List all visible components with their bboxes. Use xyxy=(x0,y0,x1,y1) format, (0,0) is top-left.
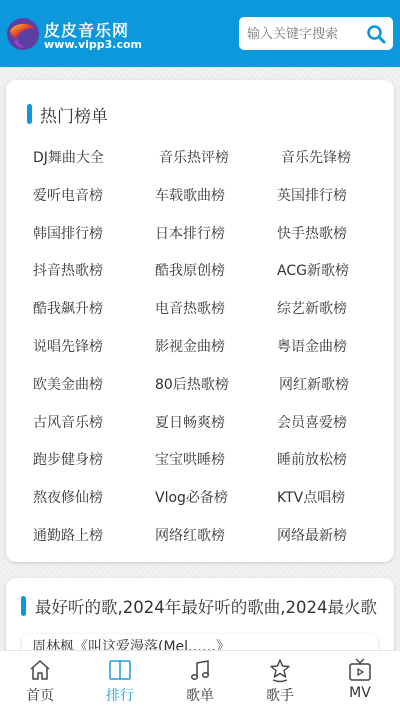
chart-link[interactable]: 80后热歌榜 xyxy=(155,367,277,405)
book-icon xyxy=(107,657,133,683)
chart-link[interactable]: 酷我原创榜 xyxy=(155,253,277,291)
chart-link[interactable]: 网红新歌榜 xyxy=(277,367,383,405)
chart-link[interactable]: 粤语金曲榜 xyxy=(277,329,383,367)
chart-link[interactable]: 夏日畅爽榜 xyxy=(155,405,277,443)
chart-link[interactable]: 爱听电音榜 xyxy=(33,178,155,216)
chart-link[interactable]: 英国排行榜 xyxy=(277,178,383,216)
chart-link[interactable]: 抖音热歌榜 xyxy=(33,253,155,291)
hot-charts-card: 热门榜单 DJ舞曲大全 音乐热评榜 音乐先锋榜 爱听电音榜 车载歌曲榜 英国排行… xyxy=(6,80,394,562)
search-input[interactable] xyxy=(247,24,357,44)
chart-link[interactable]: 音乐先锋榜 xyxy=(277,140,383,178)
bottom-tabbar: 首页 排行 歌单 歌手 MV xyxy=(0,650,400,711)
chart-link[interactable]: 音乐热评榜 xyxy=(155,140,277,178)
chart-link[interactable]: 通勤路上榜 xyxy=(33,518,155,556)
site-url: www.vipp3.com xyxy=(44,38,142,51)
tab-label: 歌单 xyxy=(186,685,214,705)
chart-link[interactable]: 快手热歌榜 xyxy=(277,216,383,254)
music-note-icon xyxy=(187,657,213,683)
tab-label: MV xyxy=(349,685,371,701)
chart-link[interactable]: 古风音乐榜 xyxy=(33,405,155,443)
tab-label: 首页 xyxy=(26,685,54,705)
chart-link[interactable]: 日本排行榜 xyxy=(155,216,277,254)
tab-mv[interactable]: MV xyxy=(320,651,400,711)
search-box xyxy=(239,17,393,50)
chart-link[interactable]: 睡前放松榜 xyxy=(277,442,383,480)
chart-link[interactable]: 影视金曲榜 xyxy=(155,329,277,367)
chart-link[interactable]: ACG新歌榜 xyxy=(277,253,383,291)
chart-list: DJ舞曲大全 音乐热评榜 音乐先锋榜 爱听电音榜 车载歌曲榜 英国排行榜 韩国排… xyxy=(33,140,383,556)
chart-link[interactable]: 电音热歌榜 xyxy=(155,291,277,329)
chart-link[interactable]: 会员喜爱榜 xyxy=(277,405,383,443)
tab-singer[interactable]: 歌手 xyxy=(240,651,320,711)
chart-link[interactable]: 宝宝哄睡榜 xyxy=(155,442,277,480)
chart-link[interactable]: 熬夜修仙榜 xyxy=(33,480,155,518)
chart-link[interactable]: 车载歌曲榜 xyxy=(155,178,277,216)
tab-ranking[interactable]: 排行 xyxy=(80,651,160,711)
chart-link[interactable]: 网络最新榜 xyxy=(277,518,383,556)
tab-label: 歌手 xyxy=(266,685,294,705)
search-icon[interactable] xyxy=(366,24,386,44)
tab-label: 排行 xyxy=(106,685,134,705)
chart-link[interactable]: 韩国排行榜 xyxy=(33,216,155,254)
best-songs-title: 最好听的歌,2024年最好听的歌曲,2024最火歌 xyxy=(35,594,377,618)
chart-link[interactable]: DJ舞曲大全 xyxy=(33,140,155,178)
chart-link[interactable]: 跑步健身榜 xyxy=(33,442,155,480)
title-accent-bar xyxy=(27,104,32,124)
chart-link[interactable]: KTV点唱榜 xyxy=(277,480,383,518)
chart-link[interactable]: 网络红歌榜 xyxy=(155,518,277,556)
chart-link[interactable]: 说唱先锋榜 xyxy=(33,329,155,367)
title-accent-bar xyxy=(21,596,26,616)
chart-link[interactable]: 欧美金曲榜 xyxy=(33,367,155,405)
hot-charts-title: 热门榜单 xyxy=(40,102,108,127)
star-icon xyxy=(267,657,293,683)
tab-playlist[interactable]: 歌单 xyxy=(160,651,240,711)
header: 皮皮音乐网 www.vipp3.com xyxy=(0,0,400,67)
chart-link[interactable]: 综艺新歌榜 xyxy=(277,291,383,329)
chart-link[interactable]: Vlog必备榜 xyxy=(155,480,277,518)
tab-home[interactable]: 首页 xyxy=(0,651,80,711)
tv-icon xyxy=(347,657,373,683)
chart-link[interactable]: 酷我飙升榜 xyxy=(33,291,155,329)
logo-icon[interactable] xyxy=(6,17,40,51)
home-icon xyxy=(27,657,53,683)
